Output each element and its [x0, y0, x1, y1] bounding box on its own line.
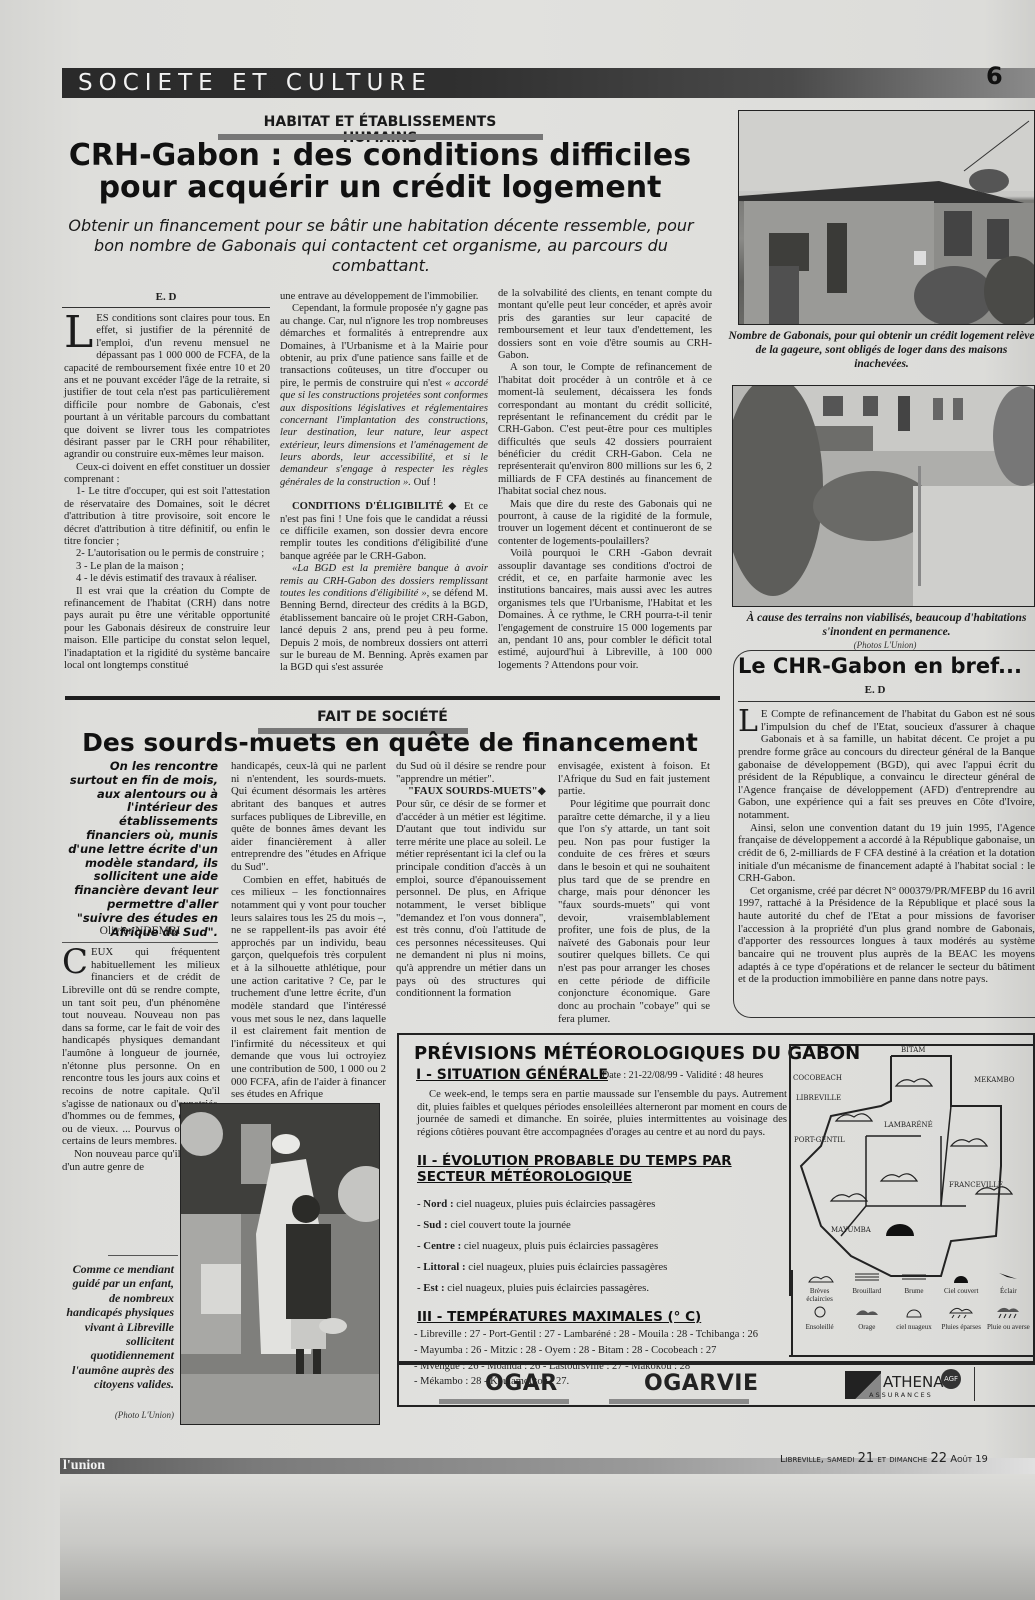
- legend-bottom-rule: [789, 1355, 1035, 1357]
- paragraph: Combien en effet, habitués de ces milieu…: [231, 874, 386, 1101]
- sector-item: - Nord : ciel nuageux, pluies puis éclai…: [417, 1198, 787, 1210]
- article2-byline: Olivier NDEMBI: [62, 925, 218, 937]
- temperature-line: - Mayumba : 26 - Mitzic : 28 - Oyem : 28…: [414, 1343, 794, 1359]
- quote: « accordé que si les constructions proje…: [280, 378, 488, 488]
- paragraph: Pour légitime que pourrait donc paraître…: [558, 798, 710, 1025]
- article2-column-3: du Sud où il désire se rendre pour "appr…: [396, 760, 546, 1000]
- page-number: 6: [986, 62, 1003, 90]
- legend-item: Brouillard: [843, 1270, 890, 1303]
- list-item: 1- Le titre d'occuper, qui est soit l'at…: [64, 486, 270, 548]
- byline-rule: [62, 307, 270, 308]
- article1-column-3: de la solvabilité des clients, en tenant…: [498, 288, 712, 672]
- paragraph: envisagée, existent à foison. Et l'Afriq…: [558, 760, 710, 798]
- map-label-mekambo: MEKAMBO: [974, 1076, 1014, 1084]
- paragraph: Cependant, la formule proposée n'y gagne…: [280, 303, 488, 489]
- diamond-bullet-icon: ◆: [448, 501, 459, 512]
- dropcap: C: [62, 948, 88, 976]
- paragraph: CONDITIONS D'ÉLIGIBILITÉ ◆ Et ce n'est p…: [280, 501, 488, 563]
- ogarvie-underline: [609, 1399, 749, 1404]
- sponsor-athena: ATHENA: [883, 1373, 944, 1391]
- legend-item: Brèves éclaircies: [796, 1270, 843, 1303]
- article1-headline-line1: CRH-Gabon : des conditions difficiles: [60, 140, 700, 172]
- beggar-photo-caption: Comme ce mendiant guidé par un enfant, d…: [62, 1262, 174, 1392]
- paragraph: de la solvabilité des clients, en tenant…: [498, 288, 712, 362]
- map-label-franceville: FRANCEVILLE: [949, 1181, 1003, 1189]
- legend-item: Ensoleillé: [796, 1305, 843, 1332]
- paragraph: Cet organisme, créé par décret N° 000379…: [738, 885, 1035, 986]
- caption-rule: [108, 1255, 178, 1256]
- paragraph: "FAUX SOURDS-MUETS"◆ Pour sûr, ce désir …: [396, 785, 546, 1000]
- newspaper-page: SOCIETE ET CULTURE 6 Habitat et établiss…: [0, 0, 1035, 1600]
- article2-column-2: handicapés, ceux-là qui ne parlent ni n'…: [231, 760, 386, 1101]
- sidebar-body: L E Compte de refinancement de l'habitat…: [738, 708, 1035, 986]
- paragraph: Voilà pourquoi le CRH -Gabon devrait ass…: [498, 548, 712, 672]
- sponsor-ogarvie: OGARVIE: [644, 1371, 758, 1396]
- weather-date-validity: Date : 21-22/08/99 - Validité : 48 heure…: [602, 1070, 763, 1081]
- beggar-illustration: [181, 1104, 380, 1425]
- eclair-icon: [993, 1271, 1023, 1283]
- photo-beggar-and-child: [180, 1103, 380, 1425]
- photo2-caption: À cause des terrains non viabilisés, bea…: [738, 612, 1035, 640]
- map-label-cocobeach: COCOBEACH: [793, 1074, 842, 1082]
- map-label-bitam: BITAM: [901, 1046, 925, 1054]
- sector-item: - Est : ciel nuageux, pluies puis éclair…: [417, 1282, 787, 1294]
- list-item: 2- L'autorisation ou le permis de constr…: [64, 548, 270, 560]
- article1-headline-line2: pour acquérir un crédit logement: [60, 172, 700, 204]
- photo-flooded-homes: [732, 385, 1035, 607]
- dropcap: L: [64, 315, 93, 351]
- sponsor-band: OGAR OGARVIE ATHENA ASSURANCES AGF: [397, 1363, 1035, 1407]
- legend-item: ciel nuageux: [890, 1305, 937, 1332]
- sponsor-divider: [974, 1367, 975, 1401]
- photo-unfinished-house: [738, 110, 1035, 325]
- article2-rubric: Fait de société: [300, 709, 465, 725]
- orage-icon: [852, 1305, 882, 1319]
- legend-item: Pluie ou averse: [985, 1305, 1032, 1332]
- article1-column-1: L ES conditions sont claires pour tous. …: [64, 313, 270, 672]
- list-item: 3 - Le plan de la maison ;: [64, 561, 270, 573]
- weather-section-2-title: II - ÉVOLUTION PROBABLE DU TEMPS PAR SEC…: [417, 1153, 787, 1185]
- ciel-nuageux-icon: [899, 1305, 929, 1319]
- article2-headline: Des sourds-muets en quête de financement: [60, 730, 720, 756]
- footer-date: Libreville, samedi 21 et dimanche 22 Aoû…: [780, 1451, 988, 1466]
- legend-item: Pluies éparses: [938, 1305, 985, 1332]
- sector-item: - Sud : ciel couvert toute la journée: [417, 1219, 787, 1231]
- paragraph: handicapés, ceux-là qui ne parlent ni n'…: [231, 760, 386, 874]
- legend-item: Ciel couvert: [938, 1270, 985, 1303]
- brume-icon: [899, 1271, 929, 1283]
- sector-item: - Centre : ciel nuageux, pluis puis écla…: [417, 1240, 787, 1252]
- ciel-couvert-icon: [946, 1271, 976, 1283]
- sponsor-ogar: OGAR: [485, 1371, 558, 1396]
- breves-eclaircies-icon: [805, 1271, 835, 1283]
- article1-column-2: une entrave au développement de l'immobi…: [280, 291, 488, 675]
- sponsor-athena-sub: ASSURANCES: [869, 1391, 933, 1399]
- paragraph: du Sud où il désire se rendre pour "appr…: [396, 760, 546, 785]
- map-label-libreville: LIBREVILLE: [796, 1094, 841, 1102]
- weather-section-1-title: I - SITUATION GÉNÉRALE: [416, 1067, 608, 1083]
- agf-logo-icon: AGF: [941, 1369, 961, 1389]
- paragraph: «La BGD est la première banque à avoir r…: [280, 563, 488, 675]
- article-divider: [65, 696, 720, 700]
- beggar-photo-credit: (Photo L'Union): [80, 1410, 174, 1420]
- pluies-eparses-icon: [946, 1305, 976, 1319]
- sidebar-rule: [738, 701, 1035, 702]
- flood-illustration: [733, 386, 1035, 607]
- weather-sector-list: - Nord : ciel nuageux, pluies puis éclai…: [417, 1198, 787, 1303]
- article2-column-4: envisagée, existent à foison. Et l'Afriq…: [558, 760, 710, 1025]
- map-label-lambarene: LAMBARÉNÉ: [884, 1121, 933, 1129]
- paragraph: Ceux-ci doivent en effet constituer un d…: [64, 462, 270, 487]
- brouillard-icon: [852, 1271, 882, 1283]
- paragraph: une entrave au développement de l'immobi…: [280, 291, 488, 303]
- article1-deck: Obtenir un financement pour se bâtir une…: [66, 216, 696, 276]
- photo-credit: (Photos L'Union): [780, 640, 990, 650]
- paragraph: Il est vrai que la création du Compte de…: [64, 586, 270, 673]
- weather-section-3-title: III - TEMPÉRATURES MAXIMALES (° C): [417, 1309, 701, 1325]
- temperature-line: - Libreville : 27 - Port-Gentil : 27 - L…: [414, 1327, 794, 1343]
- ogar-underline: [439, 1399, 569, 1404]
- sector-item: - Littoral : ciel nuageux, pluies puis é…: [417, 1261, 787, 1273]
- paragraph: E Compte de refinancement de l'habitat d…: [738, 708, 1035, 822]
- article1-headline: CRH-Gabon : des conditions difficiles po…: [60, 140, 700, 203]
- article2-lead: On les rencontre surtout en fin de mois,…: [62, 760, 218, 939]
- paragraph: Ainsi, selon une convention datant du 19…: [738, 822, 1035, 885]
- article1-byline: E. D: [62, 291, 270, 303]
- paragraph: Mais que dire du reste des Gabonais qui …: [498, 499, 712, 549]
- footer-brand: l'union: [63, 1458, 105, 1474]
- subhead: CONDITIONS D'ÉLIGIBILITÉ: [292, 501, 443, 512]
- weather-general-situation: Ce week-end, le temps sera en partie mau…: [417, 1089, 787, 1140]
- section-title: SOCIETE ET CULTURE: [78, 68, 432, 98]
- ensoleille-icon: [805, 1305, 835, 1319]
- sidebar-title: Le CHR-Gabon en bref...: [736, 655, 1035, 677]
- sidebar-byline: E. D: [760, 684, 990, 696]
- pluie-averse-icon: [993, 1305, 1023, 1319]
- map-label-mayumba: MAYUMBA: [831, 1226, 871, 1234]
- legend-item: Brume: [890, 1270, 937, 1303]
- weather-legend: Brèves éclaircies Brouillard Brume Ciel …: [791, 1270, 1035, 1355]
- gabon-weather-map: BITAM COCOBEACH MEKAMBO LIBREVILLE LAMBA…: [789, 1044, 1035, 1296]
- dropcap: L: [738, 710, 758, 734]
- paragraph: ES conditions sont claires pour tous. En…: [64, 313, 270, 462]
- map-label-port-gentil: PORT-GENTIL: [794, 1136, 845, 1144]
- legend-item: Orage: [843, 1305, 890, 1332]
- list-item: 4 - le dévis estimatif des travaux à réa…: [64, 573, 270, 585]
- diamond-bullet-icon: ◆: [538, 785, 546, 797]
- legend-item: Éclair: [985, 1270, 1032, 1303]
- house-illustration: [739, 111, 1035, 325]
- page-bottom-margin: [60, 1474, 1035, 1600]
- paragraph: A son tour, le Compte de refinancement d…: [498, 362, 712, 498]
- photo1-caption: Nombre de Gabonais, pour qui obtenir un …: [728, 330, 1035, 371]
- subhead: "FAUX SOURDS-MUETS": [408, 785, 538, 797]
